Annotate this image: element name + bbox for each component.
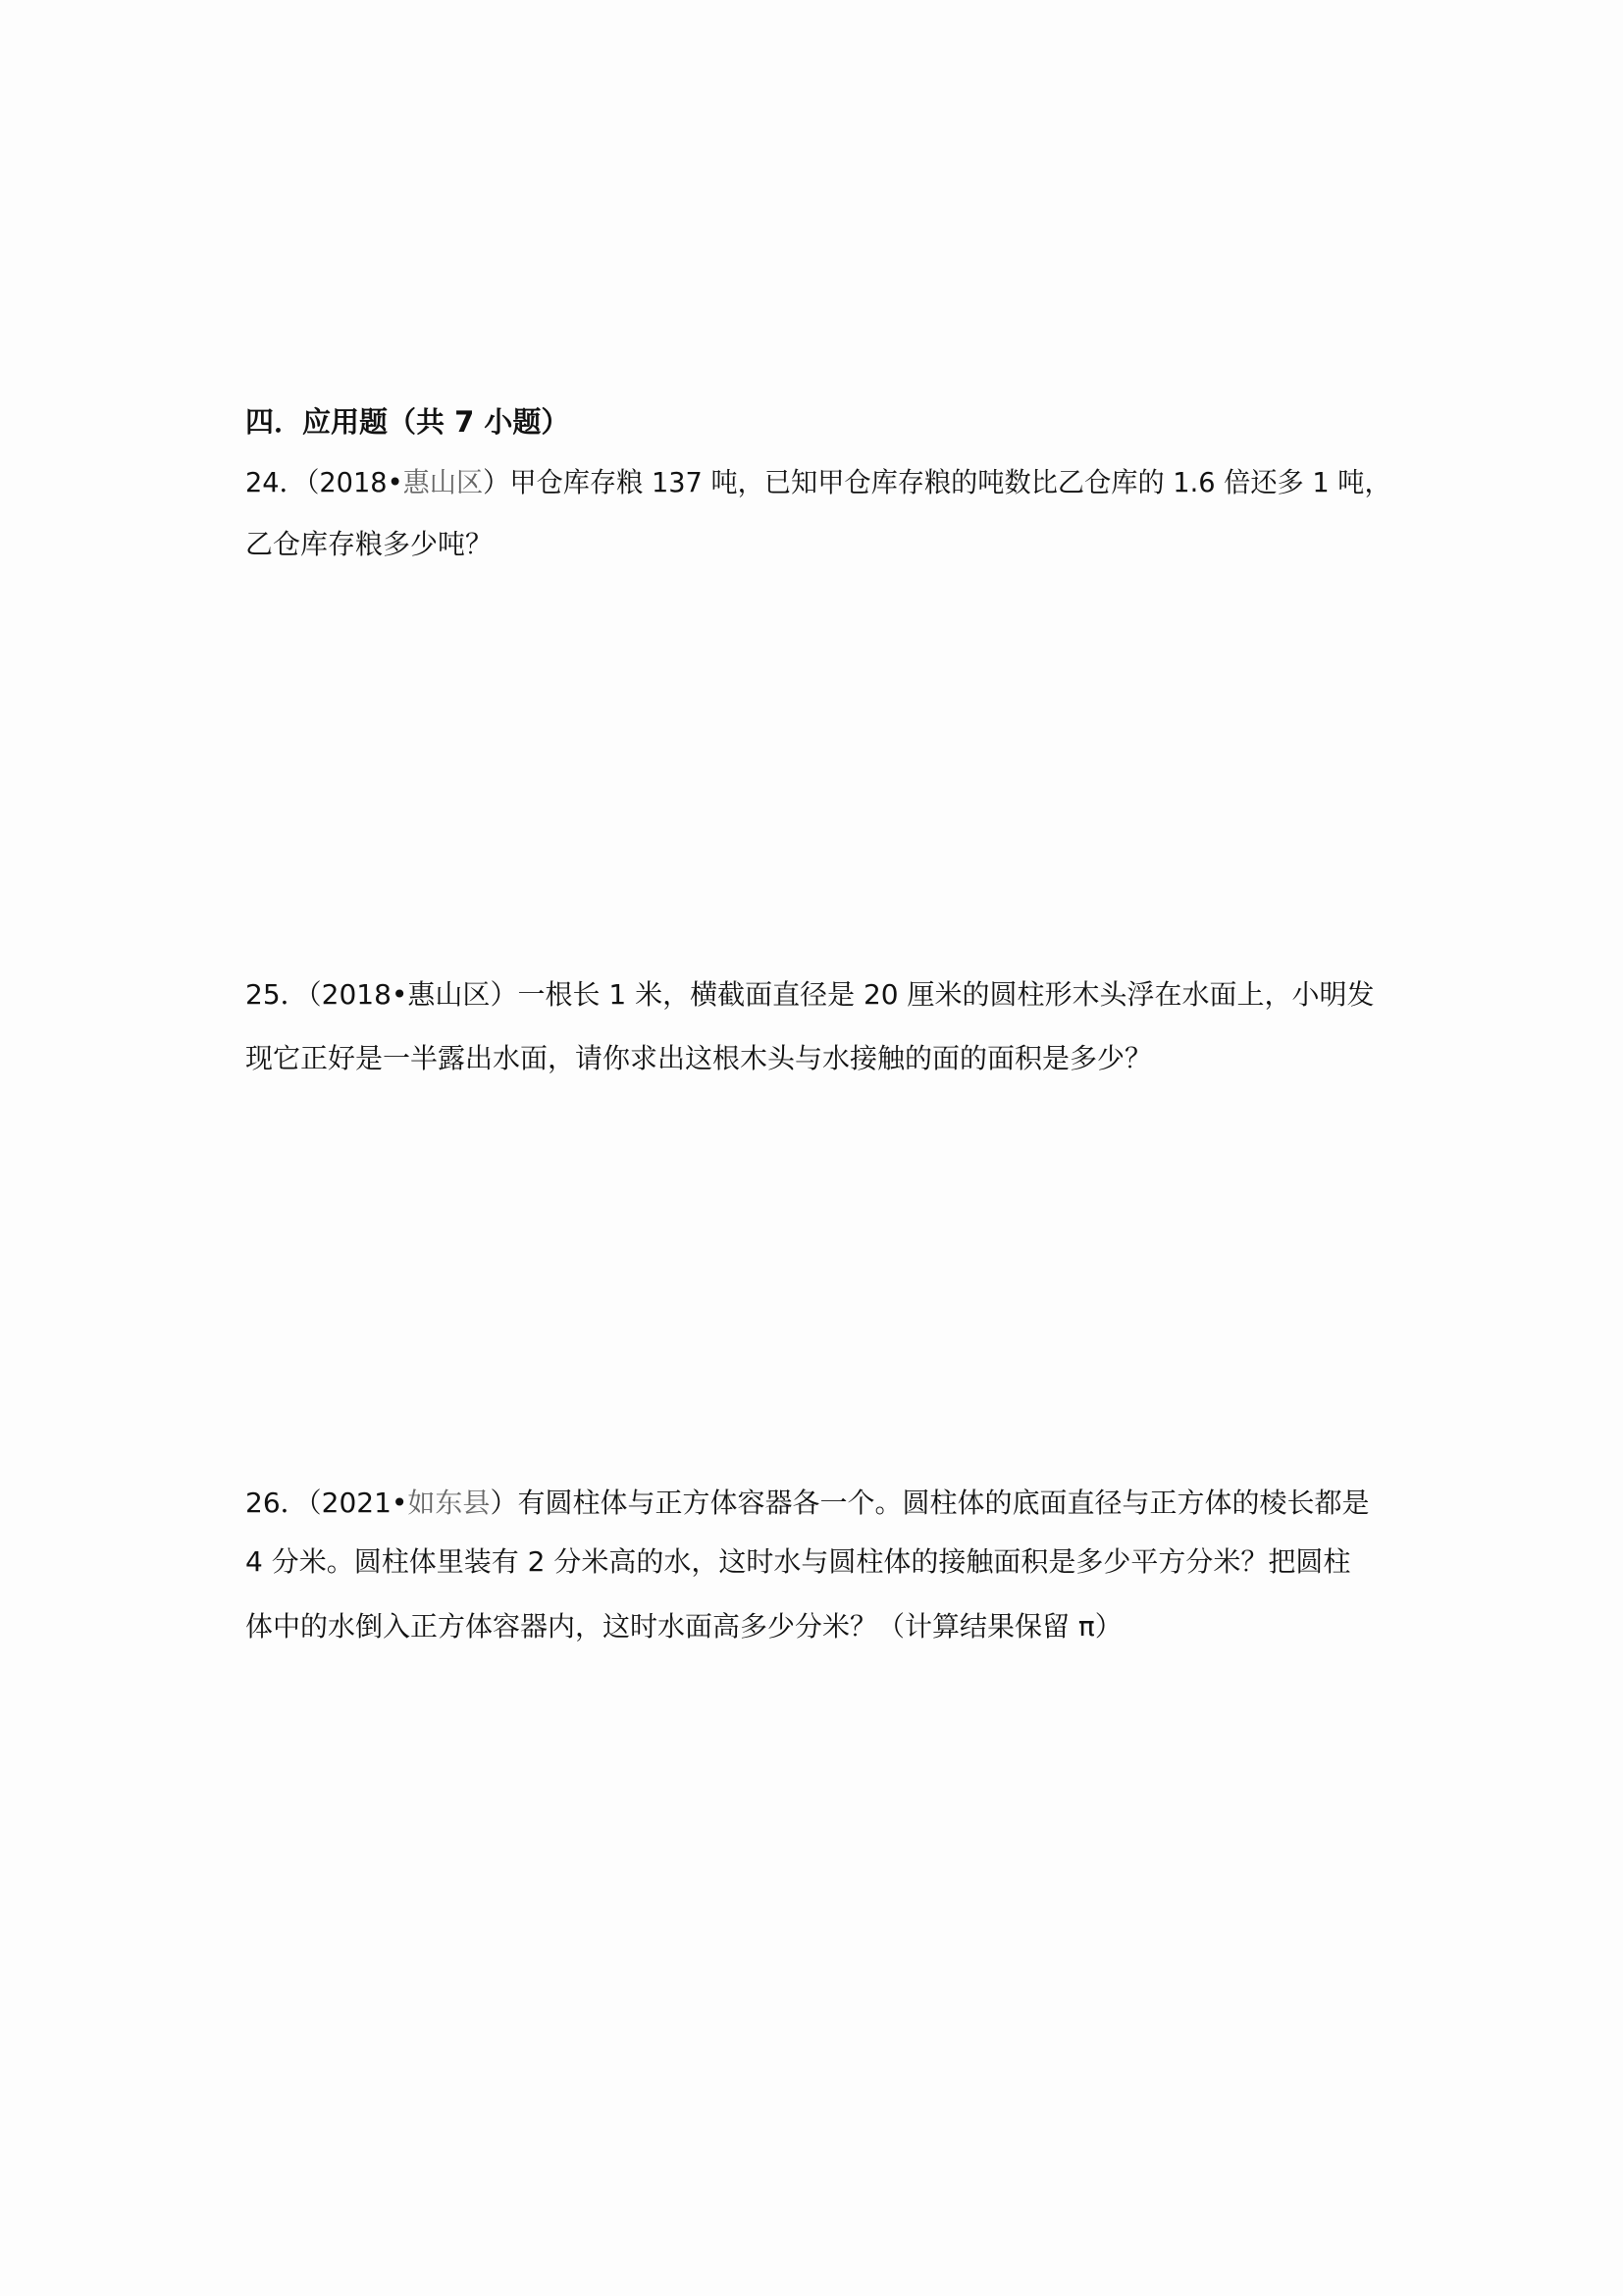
document-page: 四．应用题（共 7 小题） 24．（2018•惠山区）甲仓库存粮 137 吨，已…	[0, 0, 1623, 2296]
source-region: 惠山区	[407, 978, 490, 1011]
question-text: 甲仓库存粮 137 吨，已知甲仓库存粮的吨数比乙仓库的 1.6 倍还多 1 吨，	[509, 466, 1390, 498]
question-text: 一根长 1 米，横截面直径是 20 厘米的圆柱形木头浮在水面上，小明发	[517, 978, 1374, 1011]
source-region: 如东县	[407, 1487, 490, 1519]
question-number: 26．	[245, 1487, 308, 1519]
section-title: 四．应用题（共 7 小题）	[245, 400, 569, 441]
question-number: 24．	[245, 466, 306, 498]
source-open: （2021•	[308, 1487, 408, 1519]
question-line: 25．（2018•惠山区）一根长 1 米，横截面直径是 20 厘米的圆柱形木头浮…	[245, 981, 1388, 1009]
question-line: 4 分米。圆柱体里装有 2 分米高的水，这时水与圆柱体的接触面积是多少平方分米？…	[245, 1548, 1350, 1576]
question-line: 现它正好是一半露出水面，请你求出这根木头与水接触的面的面积是多少？	[245, 1045, 1152, 1072]
source-close: ）	[483, 466, 509, 498]
question-line: 26．（2021•如东县）有圆柱体与正方体容器各一个。圆柱体的底面直径与正方体的…	[245, 1489, 1388, 1517]
question-line: 体中的水倒入正方体容器内，这时水面高多少分米？（计算结果保留 π）	[245, 1613, 1123, 1641]
question-line: 乙仓库存粮多少吨？	[245, 531, 493, 558]
source-close: ）	[490, 1487, 517, 1519]
question-text: 有圆柱体与正方体容器各一个。圆柱体的底面直径与正方体的棱长都是	[517, 1487, 1369, 1519]
question-line: 24．（2018•惠山区）甲仓库存粮 137 吨，已知甲仓库存粮的吨数比乙仓库的…	[245, 469, 1345, 496]
source-close: ）	[490, 978, 517, 1011]
source-region: 惠山区	[403, 466, 484, 498]
source-open: （2018•	[306, 466, 403, 498]
source-open: （2018•	[308, 978, 408, 1011]
question-number: 25．	[245, 978, 308, 1011]
